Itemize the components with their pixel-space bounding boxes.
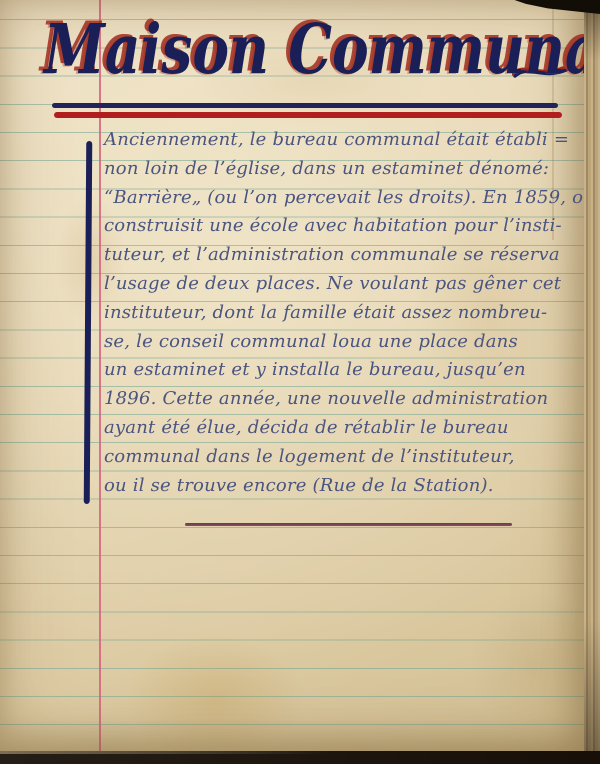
page-edge-right <box>584 0 600 764</box>
handwritten-line: ou il se trouve encore (Rue de la Statio… <box>104 472 574 501</box>
handwritten-line: instituteur, dont la famille était assez… <box>104 299 574 328</box>
handwritten-line: l’usage de deux places. Ne voulant pas g… <box>104 270 574 299</box>
section-end-divider <box>185 523 512 526</box>
handwritten-line: construisit une école avec habitation po… <box>104 212 574 241</box>
handwritten-line: “Barrière„ (ou l’on percevait les droits… <box>104 184 574 213</box>
title-underline-blue <box>52 103 558 108</box>
handwritten-line: un estaminet et y installa le bureau, ju… <box>104 356 574 385</box>
title-underline-red <box>54 112 562 118</box>
handwritten-line: se, le conseil communal loua une place d… <box>104 328 574 357</box>
notebook-photo: Maison Communale Anciennement, le bureau… <box>0 0 600 764</box>
title-row: Maison Communale <box>44 14 592 69</box>
handwritten-line: non loin de l’église, dans un estaminet … <box>104 155 574 184</box>
handwritten-line: 1896. Cette année, une nouvelle administ… <box>104 385 574 414</box>
handwritten-line: communal dans le logement de l’institute… <box>104 443 574 472</box>
page-title: Maison Communale <box>44 14 600 83</box>
notebook-page: Maison Communale Anciennement, le bureau… <box>0 0 584 751</box>
handwritten-line: Anciennement, le bureau communal était é… <box>104 126 574 155</box>
handwritten-paragraph: Anciennement, le bureau communal était é… <box>104 126 574 500</box>
handwritten-line: tuteur, et l’administration communale se… <box>104 241 574 270</box>
page-edge-bottom <box>0 751 600 764</box>
handwritten-line: ayant été élue, décida de rétablir le bu… <box>104 414 574 443</box>
